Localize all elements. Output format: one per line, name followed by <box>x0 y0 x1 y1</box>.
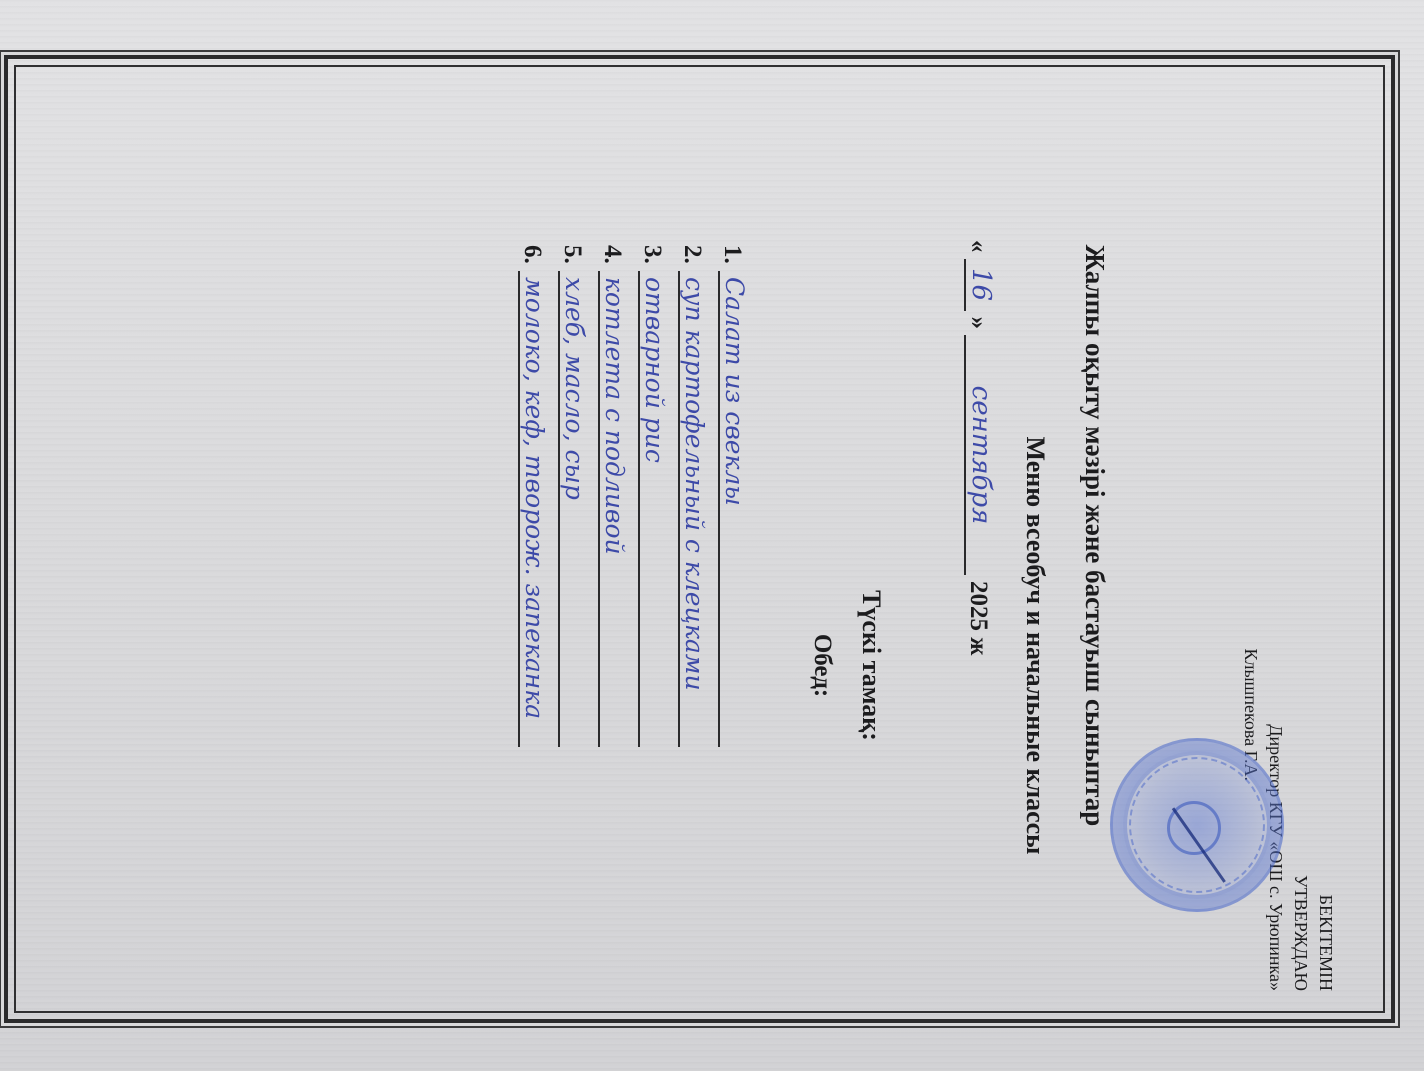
menu-item-number: 5. <box>558 245 586 271</box>
menu-item-text: суп картофельный с клецками <box>678 271 709 747</box>
approval-label-kz: БЕКІТЕМІН <box>1313 571 1338 991</box>
menu-item: 6. молоко, кеф, творож. запеканка <box>518 245 558 747</box>
menu-item-number: 6. <box>518 245 546 271</box>
document-title-kz: Жалпы оқыту мәзірі және бастауыш сыныпта… <box>1079 0 1110 1071</box>
menu-item: 1. Салат из свеклы <box>718 245 758 747</box>
date-open-quote: « <box>964 240 992 253</box>
approval-label-ru: УТВЕРЖДАЮ <box>1288 571 1313 991</box>
meal-label-ru: Обед: <box>808 0 836 1071</box>
menu-list: 1. Салат из свеклы 2. суп картофельный с… <box>518 245 758 747</box>
menu-item-number: 4. <box>598 245 626 271</box>
meal-label-kz: Түскі тамақ: <box>856 0 886 1071</box>
menu-item-number: 2. <box>678 245 706 271</box>
menu-item-text: молоко, кеф, творож. запеканка <box>518 271 549 747</box>
menu-item: 4. котлета с подливой <box>598 245 638 747</box>
menu-item-text: хлеб, масло, сыр <box>558 271 589 747</box>
menu-item-text: Салат из свеклы <box>718 271 749 747</box>
date-day: 16 <box>964 259 996 311</box>
menu-item-number: 3. <box>638 245 666 271</box>
menu-item-number: 1. <box>718 245 746 271</box>
menu-item: 5. хлеб, масло, сыр <box>558 245 598 747</box>
document-title-ru: Меню всеобуч и начальные классы <box>1020 0 1050 1071</box>
date-close-quote: » <box>964 317 992 330</box>
menu-item-text: отварной рис <box>638 271 669 747</box>
date-month: сентября <box>964 335 996 575</box>
menu-item-text: котлета с подливой <box>598 271 629 747</box>
menu-item: 3. отварной рис <box>638 245 678 747</box>
date-year: 2025 ж <box>964 581 992 655</box>
menu-document: БЕКІТЕМІН УТВЕРЖДАЮ Директор КГУ «ОШ с. … <box>0 0 1424 1071</box>
document-date: « 16 » сентября 2025 ж <box>964 240 996 655</box>
menu-item: 2. суп картофельный с клецками <box>678 245 718 747</box>
